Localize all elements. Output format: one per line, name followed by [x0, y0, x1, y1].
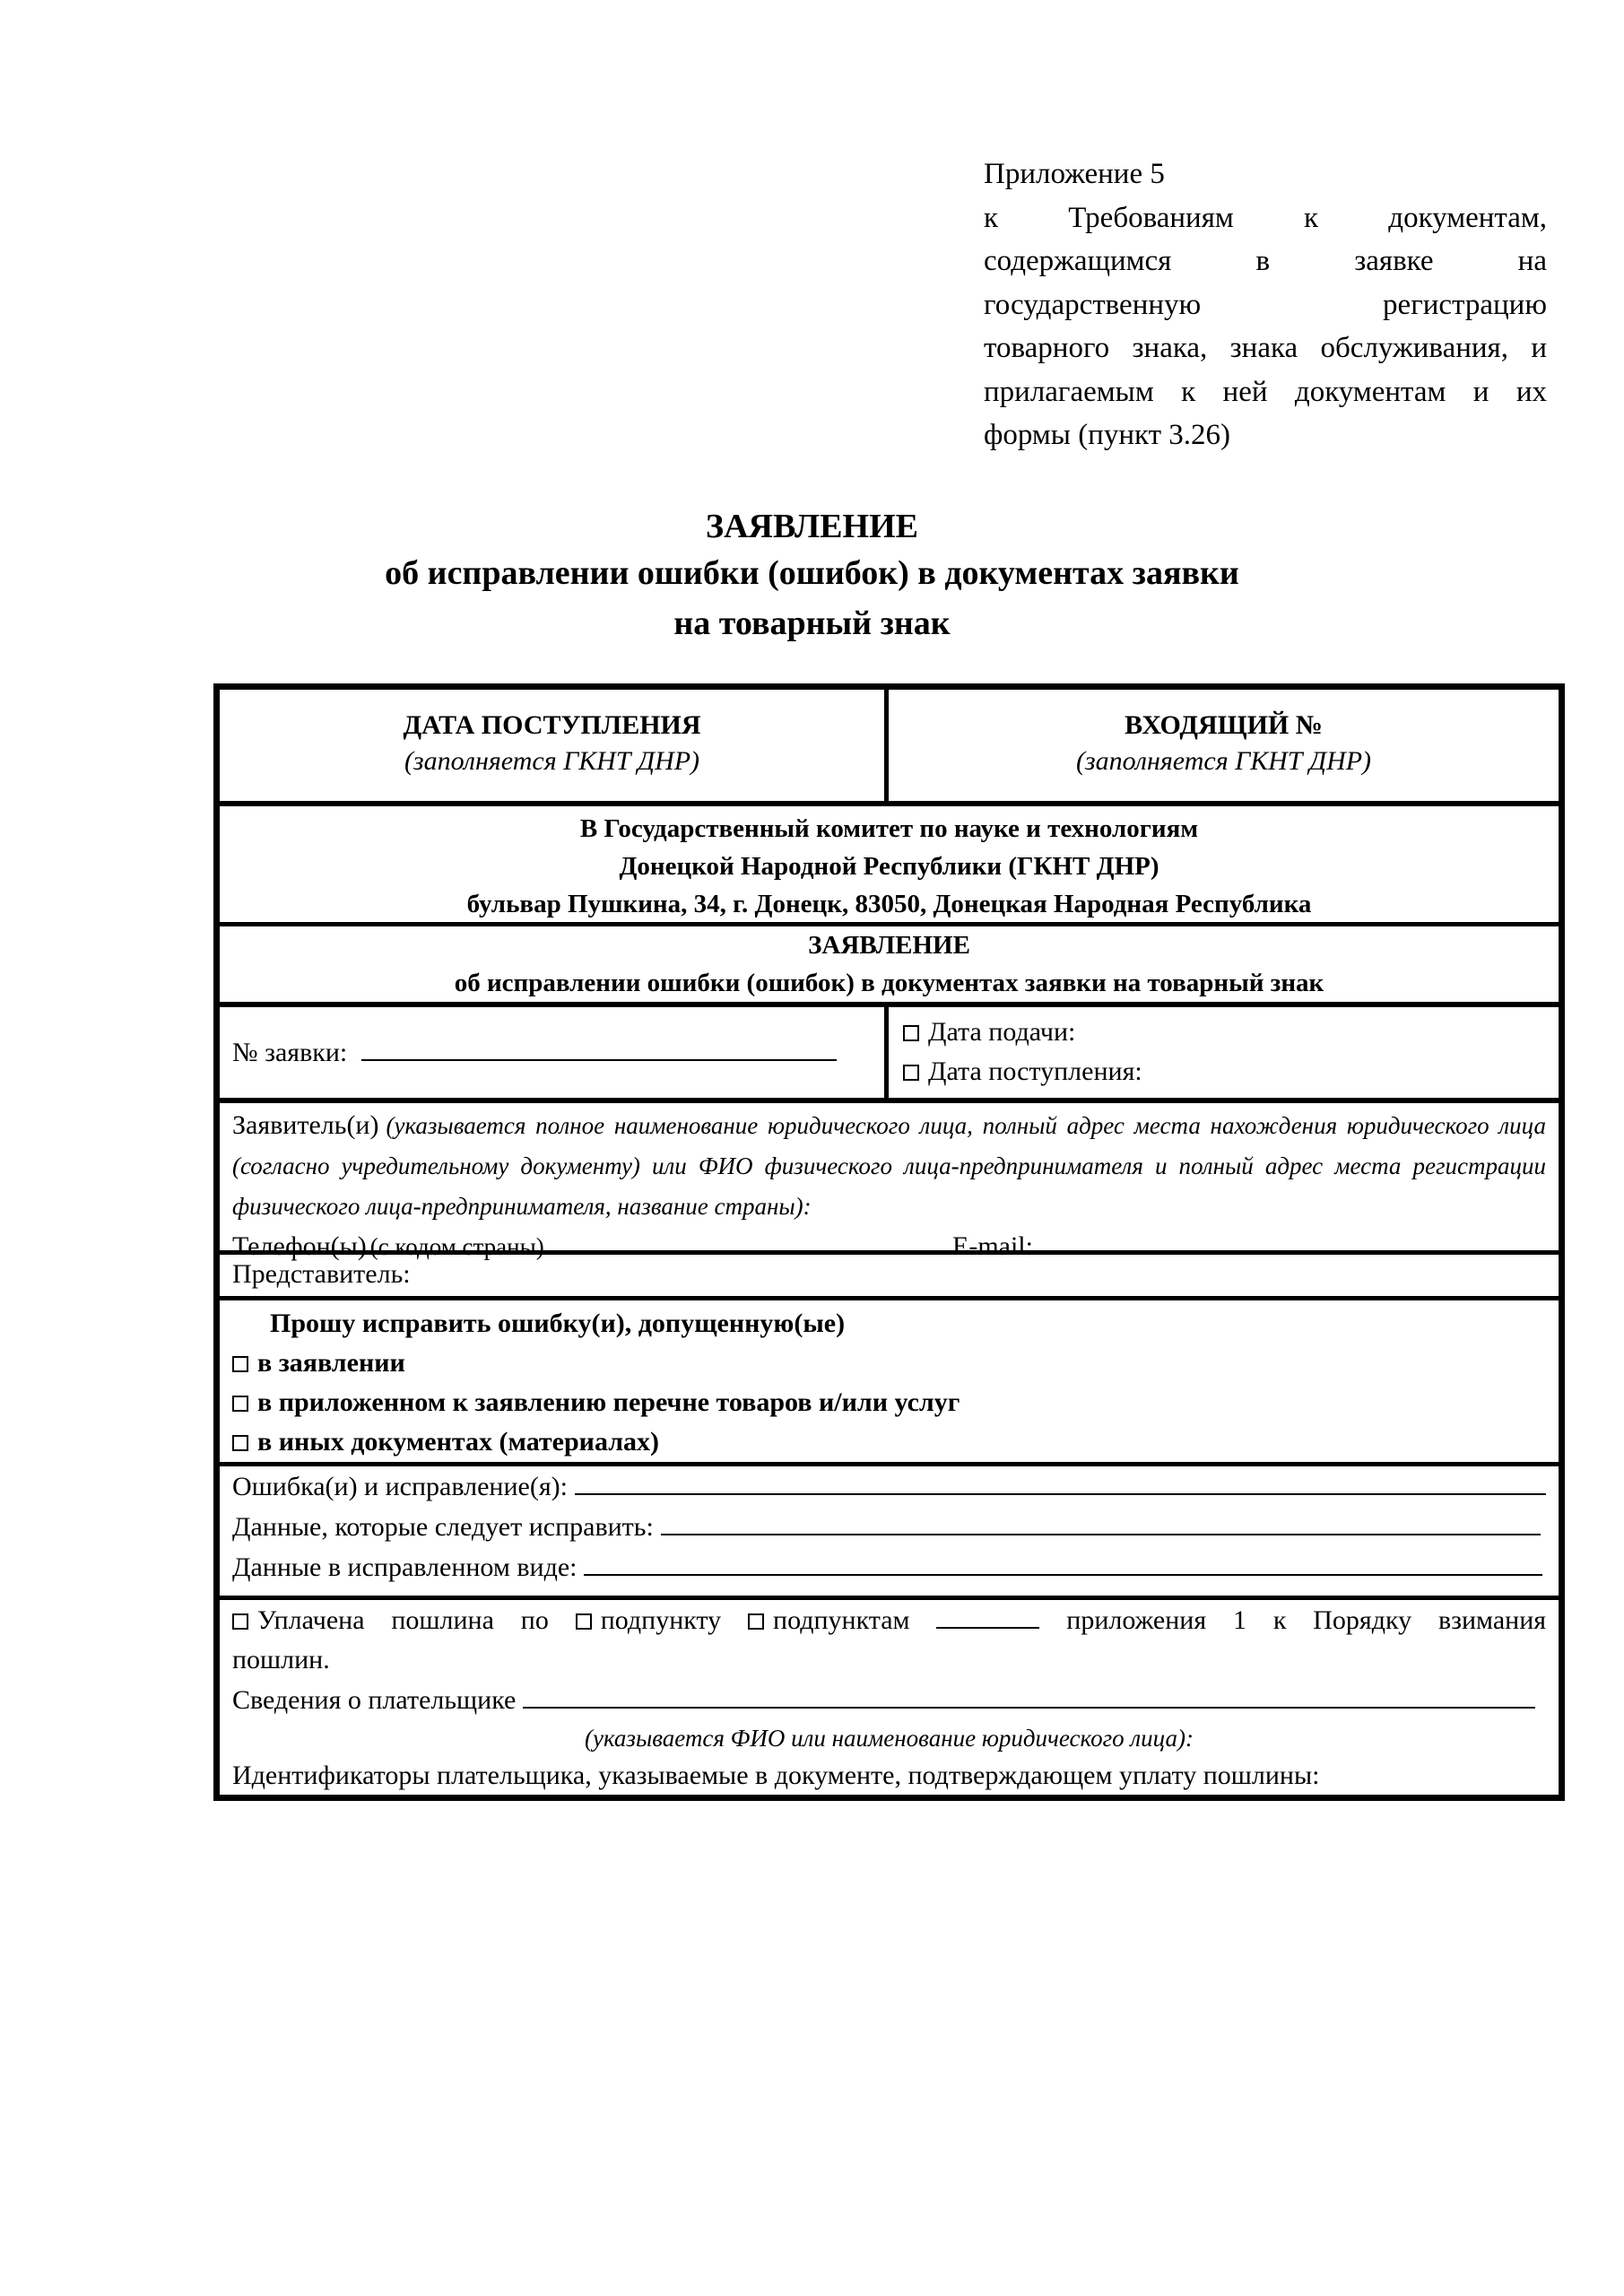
errors-row: Ошибка(и) и исправление(я):	[232, 1466, 1546, 1507]
appendix-line: формы (пункт 3.26)	[984, 413, 1547, 457]
receipt-date-option[interactable]: Дата поступления:	[903, 1052, 1549, 1091]
application-number-cell: № заявки:	[232, 1007, 884, 1098]
appendix-line: к Требованиям к документам,	[984, 196, 1547, 240]
request-option-checkbox[interactable]	[232, 1435, 248, 1451]
dates-cell: Дата подачи: Дата поступления:	[903, 1007, 1549, 1098]
to-fix-row: Данные, которые следует исправить:	[232, 1507, 1546, 1547]
payer-ids-label: Идентификаторы плательщика, указываемые …	[232, 1756, 1546, 1796]
appendix-line: прилагаемым к ней документам и их	[984, 370, 1547, 414]
fee-cell: Уплачена пошлина по подпункту подпунктам…	[232, 1600, 1546, 1795]
fee-subitems-option[interactable]: подпунктам	[748, 1605, 910, 1635]
payer-label: Сведения о плательщике	[232, 1681, 516, 1720]
fee-subitems-label: подпунктам	[773, 1605, 910, 1635]
fixed-input[interactable]	[584, 1547, 1542, 1576]
request-option-checkbox[interactable]	[232, 1396, 248, 1412]
errors-label: Ошибка(и) и исправление(я):	[232, 1467, 568, 1507]
statement-title: ЗАЯВЛЕНИЕ	[220, 926, 1559, 964]
applicant-cell[interactable]: Заявитель(и) (указывается полное наимено…	[232, 1103, 1546, 1251]
request-option-label: в заявлении	[257, 1348, 405, 1378]
fee-subitem-option[interactable]: подпункту	[576, 1605, 721, 1635]
request-option[interactable]: в приложенном к заявлению перечне товаро…	[232, 1383, 1546, 1422]
applicant-label: Заявитель(и)	[232, 1110, 378, 1140]
to-fix-input[interactable]	[661, 1507, 1541, 1535]
request-option[interactable]: в иных документах (материалах)	[232, 1422, 1546, 1462]
fee-subitem-label: подпункту	[601, 1605, 721, 1635]
receipt-date-checkbox[interactable]	[903, 1065, 919, 1081]
title-line-1: ЗАЯВЛЕНИЕ	[0, 507, 1624, 546]
fee-tail-2: пошлин.	[232, 1640, 1546, 1680]
incoming-number-label: ВХОДЯЩИЙ №	[889, 708, 1559, 744]
filing-date-label: Дата подачи:	[928, 1017, 1075, 1047]
statement-subtitle: об исправлении ошибки (ошибок) в докумен…	[220, 964, 1559, 1002]
applicant-note: (указывается полное наименование юридиче…	[232, 1112, 1546, 1220]
appendix-line: содержащимся в заявке на	[984, 239, 1547, 283]
fee-subitems-checkbox[interactable]	[748, 1613, 764, 1630]
request-option-label: в приложенном к заявлению перечне товаро…	[257, 1387, 960, 1417]
filing-date-option[interactable]: Дата подачи:	[903, 1013, 1549, 1052]
application-form-table: ДАТА ПОСТУПЛЕНИЯ (заполняется ГКНТ ДНР) …	[213, 683, 1565, 1801]
incoming-number-cell[interactable]: ВХОДЯЩИЙ № (заполняется ГКНТ ДНР)	[889, 690, 1559, 801]
incoming-number-note: (заполняется ГКНТ ДНР)	[889, 744, 1559, 779]
appendix-reference: Приложение 5 к Требованиям к документам,…	[984, 152, 1547, 457]
representative-label: Представитель:	[232, 1259, 411, 1289]
appendix-line: государственную регистрацию	[984, 283, 1547, 327]
column-divider	[884, 1007, 889, 1098]
title-line-3: на товарный знак	[0, 604, 1624, 643]
fixed-row: Данные в исправленном виде:	[232, 1547, 1546, 1587]
addressee-line-1: В Государственный комитет по науке и тех…	[220, 810, 1559, 848]
addressee-line-2: Донецкой Народной Республики (ГКНТ ДНР)	[220, 848, 1559, 885]
receipt-date-note: (заполняется ГКНТ ДНР)	[220, 744, 884, 779]
receipt-date-option-label: Дата поступления:	[928, 1057, 1142, 1086]
request-option-label: в иных документах (материалах)	[257, 1427, 659, 1457]
receipt-date-label: ДАТА ПОСТУПЛЕНИЯ	[220, 708, 884, 744]
fee-paid-option[interactable]: Уплачена пошлина по	[232, 1605, 549, 1635]
addressee-cell: В Государственный комитет по науке и тех…	[220, 806, 1559, 924]
fee-subitem-checkbox[interactable]	[576, 1613, 592, 1630]
payer-input[interactable]	[523, 1680, 1535, 1709]
payer-note: (указывается ФИО или наименование юридич…	[232, 1720, 1546, 1756]
statement-cell: ЗАЯВЛЕНИЕ об исправлении ошибки (ошибок)…	[220, 926, 1559, 1003]
application-number-label: № заявки:	[232, 1038, 347, 1067]
request-option[interactable]: в заявлении	[232, 1344, 1546, 1383]
to-fix-label: Данные, которые следует исправить:	[232, 1508, 654, 1547]
applicant-description: Заявитель(и) (указывается полное наимено…	[232, 1107, 1546, 1229]
request-cell: Прошу исправить ошибку(и), допущенную(ые…	[232, 1300, 1546, 1463]
corrections-cell: Ошибка(и) и исправление(я): Данные, кото…	[232, 1466, 1546, 1596]
addressee-line-3: бульвар Пушкина, 34, г. Донецк, 83050, Д…	[220, 885, 1559, 923]
payer-row: Сведения о плательщике	[232, 1680, 1546, 1720]
errors-input[interactable]	[575, 1466, 1546, 1495]
request-heading: Прошу исправить ошибку(и), допущенную(ые…	[232, 1304, 1546, 1344]
fixed-label: Данные в исправленном виде:	[232, 1548, 577, 1587]
request-option-checkbox[interactable]	[232, 1356, 248, 1372]
fee-line: Уплачена пошлина по подпункту подпунктам…	[232, 1600, 1546, 1640]
title-line-2: об исправлении ошибки (ошибок) в докумен…	[0, 553, 1624, 593]
receipt-date-cell[interactable]: ДАТА ПОСТУПЛЕНИЯ (заполняется ГКНТ ДНР)	[220, 690, 884, 801]
application-number-input[interactable]	[361, 1032, 837, 1061]
filing-date-checkbox[interactable]	[903, 1025, 919, 1041]
fee-subitem-input[interactable]	[936, 1600, 1039, 1629]
fee-paid-label: Уплачена пошлина по	[257, 1605, 549, 1635]
representative-cell[interactable]: Представитель:	[232, 1255, 1546, 1296]
fee-paid-checkbox[interactable]	[232, 1613, 248, 1630]
appendix-line: Приложение 5	[984, 152, 1547, 196]
appendix-line: товарного знака, знака обслуживания, и	[984, 326, 1547, 370]
fee-tail: приложения 1 к Порядку взимания	[1066, 1605, 1546, 1635]
